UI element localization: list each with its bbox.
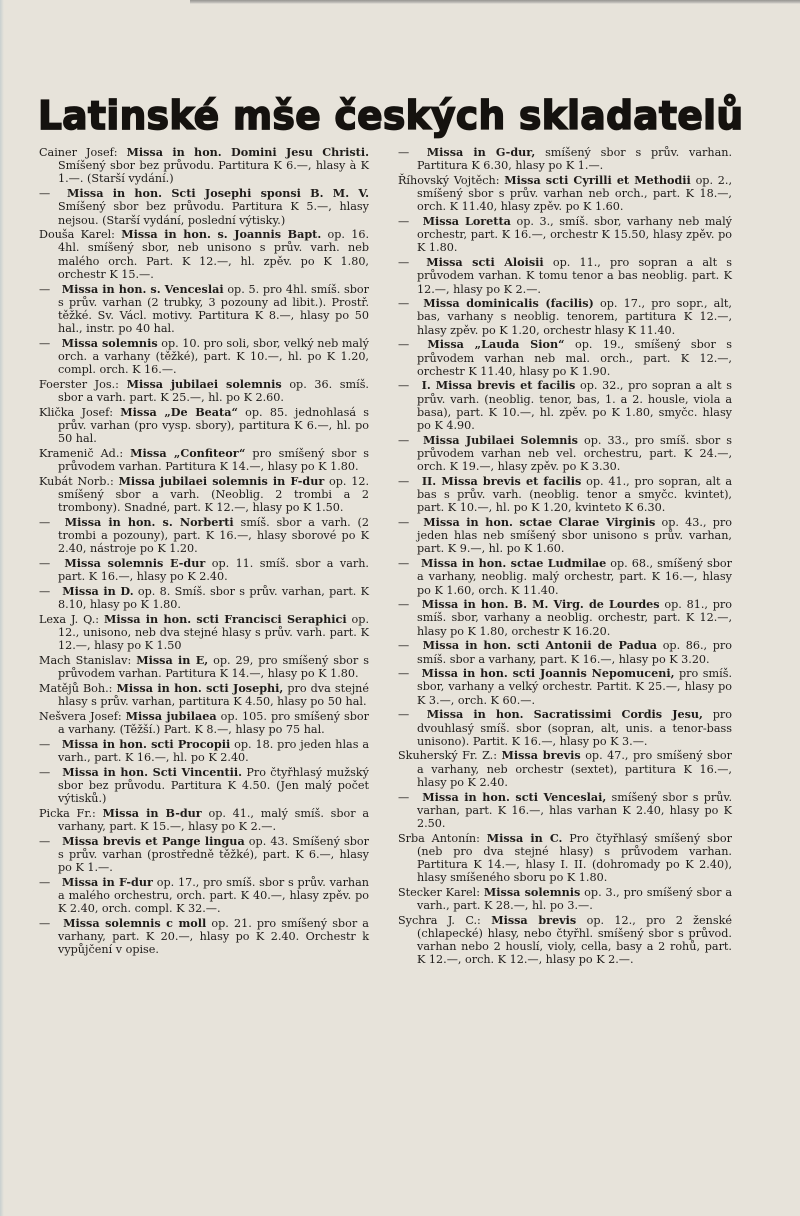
catalog-entry: — Missa Loretta op. 3., smíš. sbor, varh… <box>398 215 732 255</box>
catalog-entry: — Missa in hon. scti Procopii op. 18. pr… <box>39 738 369 764</box>
composer-name: Říhovský Vojtěch: <box>398 174 499 187</box>
catalog-entry: — Missa in hon. s. Norberti smíš. sbor a… <box>39 516 369 556</box>
composer-name: Foerster Jos.: <box>39 378 119 391</box>
same-composer-dash: — <box>39 738 58 751</box>
mass-title: Missa in hon. Scti Vincentii. <box>62 765 242 779</box>
mass-title: Missa in G-dur, <box>427 145 535 159</box>
catalog-entry: Douša Karel: Missa in hon. s. Joannis Ba… <box>39 228 369 281</box>
catalog-entry: — Missa solemnis op. 10. pro soli, sbor,… <box>39 337 369 377</box>
mass-title: Missa brevis <box>491 913 576 927</box>
mass-title: Missa Jubilaei Solemnis <box>423 433 578 447</box>
catalog-entry: Nešvera Josef: Missa jubilaea op. 105. p… <box>39 710 369 736</box>
mass-title: Missa in hon. scti Procopii <box>62 737 230 751</box>
page-left-edge <box>0 0 4 1216</box>
entry-details: Smíšený sbor bez průvodu. Partitura K 5.… <box>58 200 369 226</box>
mass-title: Missa in hon. Domini Jesu Christi. <box>127 145 370 159</box>
mass-title: Missa in hon. Scti Josephi sponsi B. M. … <box>67 186 369 200</box>
mass-title: Missa in hon. s. Venceslai <box>62 282 224 296</box>
catalog-entry: — Missa in hon. scti Antonii de Padua op… <box>398 639 732 665</box>
mass-title: Missa brevis <box>501 748 580 762</box>
catalog-entry: — Missa brevis et Pange lingua op. 43. S… <box>39 835 369 875</box>
same-composer-dash: — <box>39 917 58 930</box>
catalog-entry: — Missa in D. op. 8. Smíš. sbor s prův. … <box>39 585 369 611</box>
catalog-entry: Skuherský Fr. Z.: Missa brevis op. 47., … <box>398 749 732 789</box>
mass-title: Missa in hon. s. Joannis Bapt. <box>121 227 321 241</box>
mass-title: Missa in hon. Sacratissimi Cordis Jesu, <box>427 707 703 721</box>
composer-name: Mach Stanislav: <box>39 654 131 667</box>
same-composer-dash: — <box>39 835 58 848</box>
catalog-entry: Říhovský Vojtěch: Missa scti Cyrilli et … <box>398 174 732 214</box>
mass-title: Missa scti Cyrilli et Methodii <box>504 173 691 187</box>
composer-name: Kramenič Ad.: <box>39 447 123 460</box>
same-composer-dash: — <box>398 256 417 269</box>
same-composer-dash: — <box>39 187 58 200</box>
mass-title: Missa in hon. s. Norberti <box>65 515 234 529</box>
composer-name: Picka Fr.: <box>39 807 96 820</box>
catalog-entry: — Missa in hon. s. Venceslai op. 5. pro … <box>39 283 369 336</box>
catalog-entry: — Missa solemnis E-dur op. 11. smíš. sbo… <box>39 557 369 583</box>
mass-title: Missa scti Aloisii <box>426 255 543 269</box>
mass-title: I. Missa brevis et facilis <box>422 378 576 392</box>
mass-title: Missa jubilaea <box>126 709 217 723</box>
catalog-entry: Stecker Karel: Missa solemnis op. 3., pr… <box>398 886 732 912</box>
mass-title: Missa in hon. scti Venceslai, <box>422 790 606 804</box>
catalog-entry: Picka Fr.: Missa in B-dur op. 41., malý … <box>39 807 369 833</box>
catalog-entry: Klička Josef: Missa „De Beata“ op. 85. j… <box>39 406 369 446</box>
catalog-entry: — Missa scti Aloisii op. 11., pro sopran… <box>398 256 732 296</box>
catalog-entry: — Missa in hon. sctae Clarae Virginis op… <box>398 516 732 556</box>
catalog-entry: — Missa in hon. B. M. Virg. de Lourdes o… <box>398 598 732 638</box>
mass-title: Missa brevis et Pange lingua <box>62 834 245 848</box>
same-composer-dash: — <box>398 708 417 721</box>
catalog-entry: — Missa in hon. Scti Vincentii. Pro čtyř… <box>39 766 369 806</box>
entry-details: Smíšený sbor bez průvodu. Partitura K 6.… <box>58 159 369 185</box>
mass-title: Missa in hon. scti Josephi, <box>117 681 284 695</box>
same-composer-dash: — <box>398 434 417 447</box>
catalog-entry: — Missa in hon. Sacratissimi Cordis Jesu… <box>398 708 732 748</box>
mass-title: Missa in D. <box>62 584 133 598</box>
catalog-entry: — Missa in G-dur, smíšený sbor s prův. v… <box>398 146 732 172</box>
mass-title: Missa in B-dur <box>103 806 202 820</box>
catalog-entry: — Missa in hon. Scti Josephi sponsi B. M… <box>39 187 369 227</box>
catalog-entry: Cainer Josef: Missa in hon. Domini Jesu … <box>39 146 369 186</box>
same-composer-dash: — <box>398 667 417 680</box>
composer-name: Nešvera Josef: <box>39 710 122 723</box>
same-composer-dash: — <box>39 283 58 296</box>
same-composer-dash: — <box>398 557 417 570</box>
composer-name: Douša Karel: <box>39 228 115 241</box>
mass-title: Missa solemnis <box>484 885 580 899</box>
same-composer-dash: — <box>398 791 417 804</box>
same-composer-dash: — <box>39 557 58 570</box>
composer-name: Kubát Norb.: <box>39 475 114 488</box>
mass-title: Missa in hon. scti Antonii de Padua <box>423 638 657 652</box>
mass-title: Missa in hon. B. M. Virg. de Lourdes <box>422 597 660 611</box>
same-composer-dash: — <box>398 338 417 351</box>
catalog-entry: — Missa in hon. scti Venceslai, smíšený … <box>398 791 732 831</box>
same-composer-dash: — <box>398 598 417 611</box>
catalog-column-left: Cainer Josef: Missa in hon. Domini Jesu … <box>39 146 369 958</box>
catalog-entry: — II. Missa brevis et facilis op. 41., p… <box>398 475 732 515</box>
catalog-column-right: — Missa in G-dur, smíšený sbor s prův. v… <box>398 146 732 968</box>
composer-name: Srba Antonín: <box>398 832 480 845</box>
mass-title: Missa solemnis c moll <box>63 916 206 930</box>
same-composer-dash: — <box>398 475 417 488</box>
same-composer-dash: — <box>39 585 58 598</box>
catalog-entry: — I. Missa brevis et facilis op. 32., pr… <box>398 379 732 432</box>
page-edge-shadow <box>190 0 800 4</box>
catalog-entry: — Missa in hon. sctae Ludmilae op. 68., … <box>398 557 732 597</box>
catalog-entry: Matějů Boh.: Missa in hon. scti Josephi,… <box>39 682 369 708</box>
mass-title: II. Missa brevis et facilis <box>422 474 582 488</box>
catalog-entry: Mach Stanislav: Missa in E, op. 29, pro … <box>39 654 369 680</box>
same-composer-dash: — <box>398 146 417 159</box>
mass-title: Missa „Confiteor“ <box>130 446 245 460</box>
same-composer-dash: — <box>39 516 58 529</box>
catalog-entry: Lexa J. Q.: Missa in hon. scti Francisci… <box>39 613 369 653</box>
mass-title: Missa „De Beata“ <box>120 405 238 419</box>
same-composer-dash: — <box>398 215 417 228</box>
mass-title: Missa in C. <box>487 831 563 845</box>
mass-title: Missa solemnis <box>62 336 158 350</box>
mass-title: Missa in hon. sctae Ludmilae <box>421 556 606 570</box>
composer-name: Skuherský Fr. Z.: <box>398 749 497 762</box>
composer-name: Matějů Boh.: <box>39 682 112 695</box>
catalog-entry: Sychra J. C.: Missa brevis op. 12., pro … <box>398 914 732 967</box>
same-composer-dash: — <box>398 639 417 652</box>
composer-name: Stecker Karel: <box>398 886 480 899</box>
same-composer-dash: — <box>398 516 417 529</box>
same-composer-dash: — <box>39 766 58 779</box>
catalog-entry: — Missa in hon. scti Joannis Nepomuceni,… <box>398 667 732 707</box>
mass-title: Missa in E, <box>136 653 208 667</box>
mass-title: Missa in F-dur <box>62 875 153 889</box>
catalog-entry: — Missa in F-dur op. 17., pro smíš. sbor… <box>39 876 369 916</box>
composer-name: Cainer Josef: <box>39 146 117 159</box>
mass-title: Missa in hon. scti Francisci Seraphici <box>104 612 347 626</box>
mass-title: Missa dominicalis (facilis) <box>423 296 594 310</box>
catalog-entry: Foerster Jos.: Missa jubilaei solemnis o… <box>39 378 369 404</box>
catalog-entry: Srba Antonín: Missa in C. Pro čtyřhlasý … <box>398 832 732 885</box>
mass-title: Missa Loretta <box>423 214 511 228</box>
mass-title: Missa „Lauda Sion“ <box>427 337 564 351</box>
page-title: Latinské mše českých skladatelů <box>38 92 744 138</box>
same-composer-dash: — <box>39 337 58 350</box>
composer-name: Klička Josef: <box>39 406 113 419</box>
catalog-entry: Kubát Norb.: Missa jubilaei solemnis in … <box>39 475 369 515</box>
catalog-entry: — Missa „Lauda Sion“ op. 19., smíšený sb… <box>398 338 732 378</box>
same-composer-dash: — <box>39 876 58 889</box>
mass-title: Missa in hon. sctae Clarae Virginis <box>423 515 655 529</box>
same-composer-dash: — <box>398 379 417 392</box>
catalog-entry: Kramenič Ad.: Missa „Confiteor“ pro smíš… <box>39 447 369 473</box>
mass-title: Missa jubilaei solemnis <box>127 377 282 391</box>
mass-title: Missa jubilaei solemnis in F-dur <box>118 474 324 488</box>
mass-title: Missa solemnis E-dur <box>64 556 205 570</box>
catalog-entry: — Missa solemnis c moll op. 21. pro smíš… <box>39 917 369 957</box>
same-composer-dash: — <box>398 297 417 310</box>
catalog-entry: — Missa Jubilaei Solemnis op. 33., pro s… <box>398 434 732 474</box>
catalog-entry: — Missa dominicalis (facilis) op. 17., p… <box>398 297 732 337</box>
composer-name: Sychra J. C.: <box>398 914 481 927</box>
composer-name: Lexa J. Q.: <box>39 613 99 626</box>
mass-title: Missa in hon. scti Joannis Nepomuceni, <box>422 666 675 680</box>
